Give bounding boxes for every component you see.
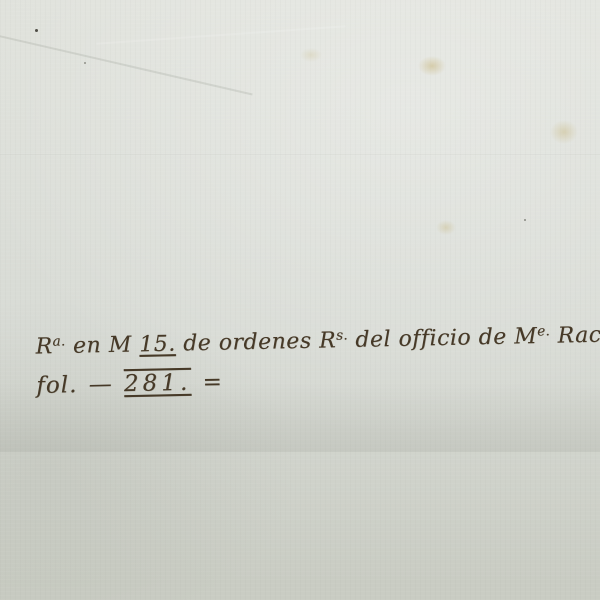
handwriting-segment: del officio de M <box>348 324 538 353</box>
inscription-line-1: Ra. en M 15. de ordenes Rs. del officio … <box>35 322 587 360</box>
paper-stain <box>300 48 322 62</box>
paper-stain <box>418 56 446 76</box>
handwriting-segment: Rac <box>550 323 600 349</box>
handwriting-segment: s. <box>336 327 348 343</box>
handwriting-segment: e. <box>537 323 550 339</box>
paper-crease-diagonal <box>0 31 253 96</box>
inscription-line-2: fol. — 281. = <box>36 361 588 400</box>
handwriting-segment: de ordenes R <box>175 328 336 356</box>
paper-stain <box>436 220 456 235</box>
manuscript-photo: Ra. en M 15. de ordenes Rs. del officio … <box>0 0 600 600</box>
handwriting-segment: M <box>108 332 139 358</box>
handwriting-segment: 281. <box>124 370 192 397</box>
paper-speck <box>524 219 526 221</box>
handwriting-segment <box>112 371 124 397</box>
paper-speck <box>84 62 86 64</box>
handwritten-inscription: Ra. en M 15. de ordenes Rs. del officio … <box>35 322 588 400</box>
handwriting-segment: R <box>35 334 53 359</box>
handwriting-segment: = <box>191 369 223 396</box>
handwriting-segment: — <box>88 371 113 397</box>
handwriting-segment: a. <box>52 333 65 349</box>
paper-sheet: Ra. en M 15. de ordenes Rs. del officio … <box>0 0 600 600</box>
paper-speck <box>35 29 38 32</box>
handwriting-segment: 15. <box>139 332 176 358</box>
paper-crease-diagonal <box>96 25 346 44</box>
handwriting-segment: en <box>65 333 109 359</box>
paper-crease-horizontal <box>0 153 600 155</box>
handwriting-segment: fol. <box>36 372 89 399</box>
paper-stain <box>550 120 578 144</box>
